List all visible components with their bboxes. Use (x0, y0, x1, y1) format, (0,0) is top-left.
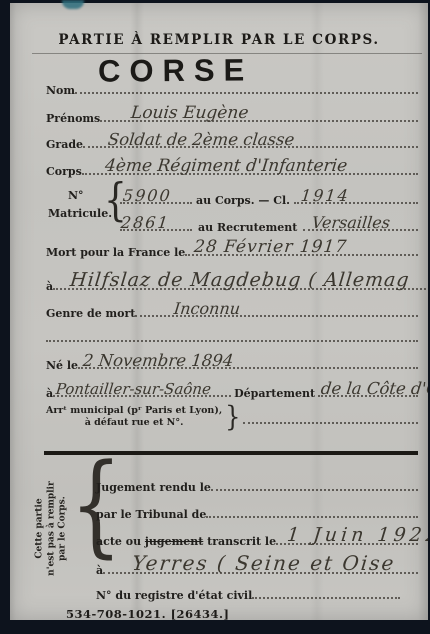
arr-municipal-line1: Arrᵗ municipal (pʳ Paris et Lyon), (46, 405, 222, 416)
classe-value: 1914 (300, 186, 351, 205)
au-corps-label: au Corps. — Cl. (192, 194, 294, 207)
transcrit-label: acte ou jugement transcrit le (96, 535, 276, 548)
matricule-corps-value: 5900 (122, 186, 173, 205)
transcrit-lieu-line: Yerres ( Seine et Oise (103, 559, 418, 574)
mort-lieu-label: à (46, 280, 53, 293)
matricule-recrutement-line: 2861 (120, 216, 192, 231)
prenoms-label: Prénoms (46, 112, 100, 125)
transcrit-lieu-value: Yerres ( Seine et Oise (131, 551, 397, 575)
ne-lieu-value: Pontailler-sur-Saône (55, 380, 212, 398)
grade-line: Soldat de 2ème classe (83, 133, 418, 148)
nom-value: CORSE (98, 52, 254, 89)
arr-municipal-brace: } (222, 403, 243, 431)
ne-le-line: 2 Novembre 1894 (78, 354, 418, 369)
nom-label: Nom (46, 84, 75, 97)
side-note-line3: par le Corps. (58, 496, 68, 561)
au-recrutement-label: au Recrutement (192, 221, 303, 234)
grade-label: Grade (46, 138, 83, 151)
genre-mort-label: Genre de mort (46, 307, 135, 320)
corps-line: 4ème Régiment d'Infanterie (82, 160, 418, 175)
registre-line (252, 584, 400, 599)
side-note-line1: Cette partie (34, 498, 44, 558)
arr-municipal-label: Arrᵗ municipal (pʳ Paris et Lyon), à déf… (46, 405, 222, 429)
arr-municipal-line2: à défaut rue et N°. (85, 417, 184, 428)
matricule-recrutement-value: 2861 (120, 213, 171, 232)
departement-line: de la Côte d'Or (318, 382, 418, 397)
transcrit-line: 1 Juin 1922 (276, 530, 418, 545)
corps-value: 4ème Régiment d'Infanterie (104, 156, 348, 176)
transcrit-label-suffix: transcrit le (203, 535, 276, 548)
matricule-label: Matricule. (48, 207, 112, 220)
recrutement-value: Versailles (311, 213, 391, 232)
registre-label: N° du registre d'état civil (96, 589, 252, 602)
ne-lieu-line: Pontailler-sur-Saône (53, 382, 231, 397)
tribunal-line (206, 503, 418, 518)
ne-lieu-label: à (46, 387, 53, 400)
recrutement-line: Versailles (303, 216, 418, 231)
corps-label: Corps (46, 165, 82, 178)
ne-le-label: Né le (46, 359, 78, 372)
blank-line (46, 327, 418, 342)
form-paper: PARTIE À REMPLIR PAR LE CORPS. Nom CORSE… (10, 3, 428, 620)
grade-value: Soldat de 2ème classe (107, 130, 295, 149)
mort-le-value: 28 Février 1917 (193, 237, 348, 257)
departement-value: de la Côte d'Or (320, 379, 428, 398)
mort-lieu-line: Hilfslaz de Magdebug ( Allemag (53, 275, 428, 290)
side-note-line2: n'est pas à remplir (46, 481, 56, 576)
prenoms-line: Louis Eugène (100, 107, 418, 122)
transcrit-label-struck: jugement (145, 535, 203, 548)
scanned-record-page: { "page": { "title": "PARTIE À REMPLIR P… (0, 0, 430, 634)
transcrit-lieu-label: à (96, 564, 103, 577)
jugement-rendu-line (211, 476, 418, 491)
mort-le-line: 28 Février 1917 (185, 241, 418, 256)
matricule-no-label: N° (68, 189, 84, 202)
print-code: 534-708-1021. [26434.] (66, 607, 229, 620)
side-note: Cette partie n'est pas à remplir par le … (34, 465, 69, 593)
transcrit-value: 1 Juin 1922 (286, 524, 428, 546)
genre-mort-line: Inconnu (135, 302, 418, 317)
classe-line: 1914 (294, 189, 418, 204)
ne-le-value: 2 Novembre 1894 (82, 351, 234, 370)
departement-label: Département (231, 387, 318, 400)
genre-mort-value: Inconnu (173, 299, 241, 318)
arr-municipal-line (243, 409, 418, 424)
transcrit-label-prefix: acte ou (96, 535, 145, 548)
mort-le-label: Mort pour la France le (46, 246, 185, 259)
jugement-rendu-label: Jugement rendu le (96, 481, 211, 494)
mort-lieu-value: Hilfslaz de Magdebug ( Allemag (69, 269, 411, 291)
form-title: PARTIE À REMPLIR PAR LE CORPS. (10, 32, 428, 48)
matricule-corps-line: 5900 (120, 189, 192, 204)
tribunal-label: par le Tribunal de (96, 508, 206, 521)
prenoms-value: Louis Eugène (130, 103, 249, 123)
